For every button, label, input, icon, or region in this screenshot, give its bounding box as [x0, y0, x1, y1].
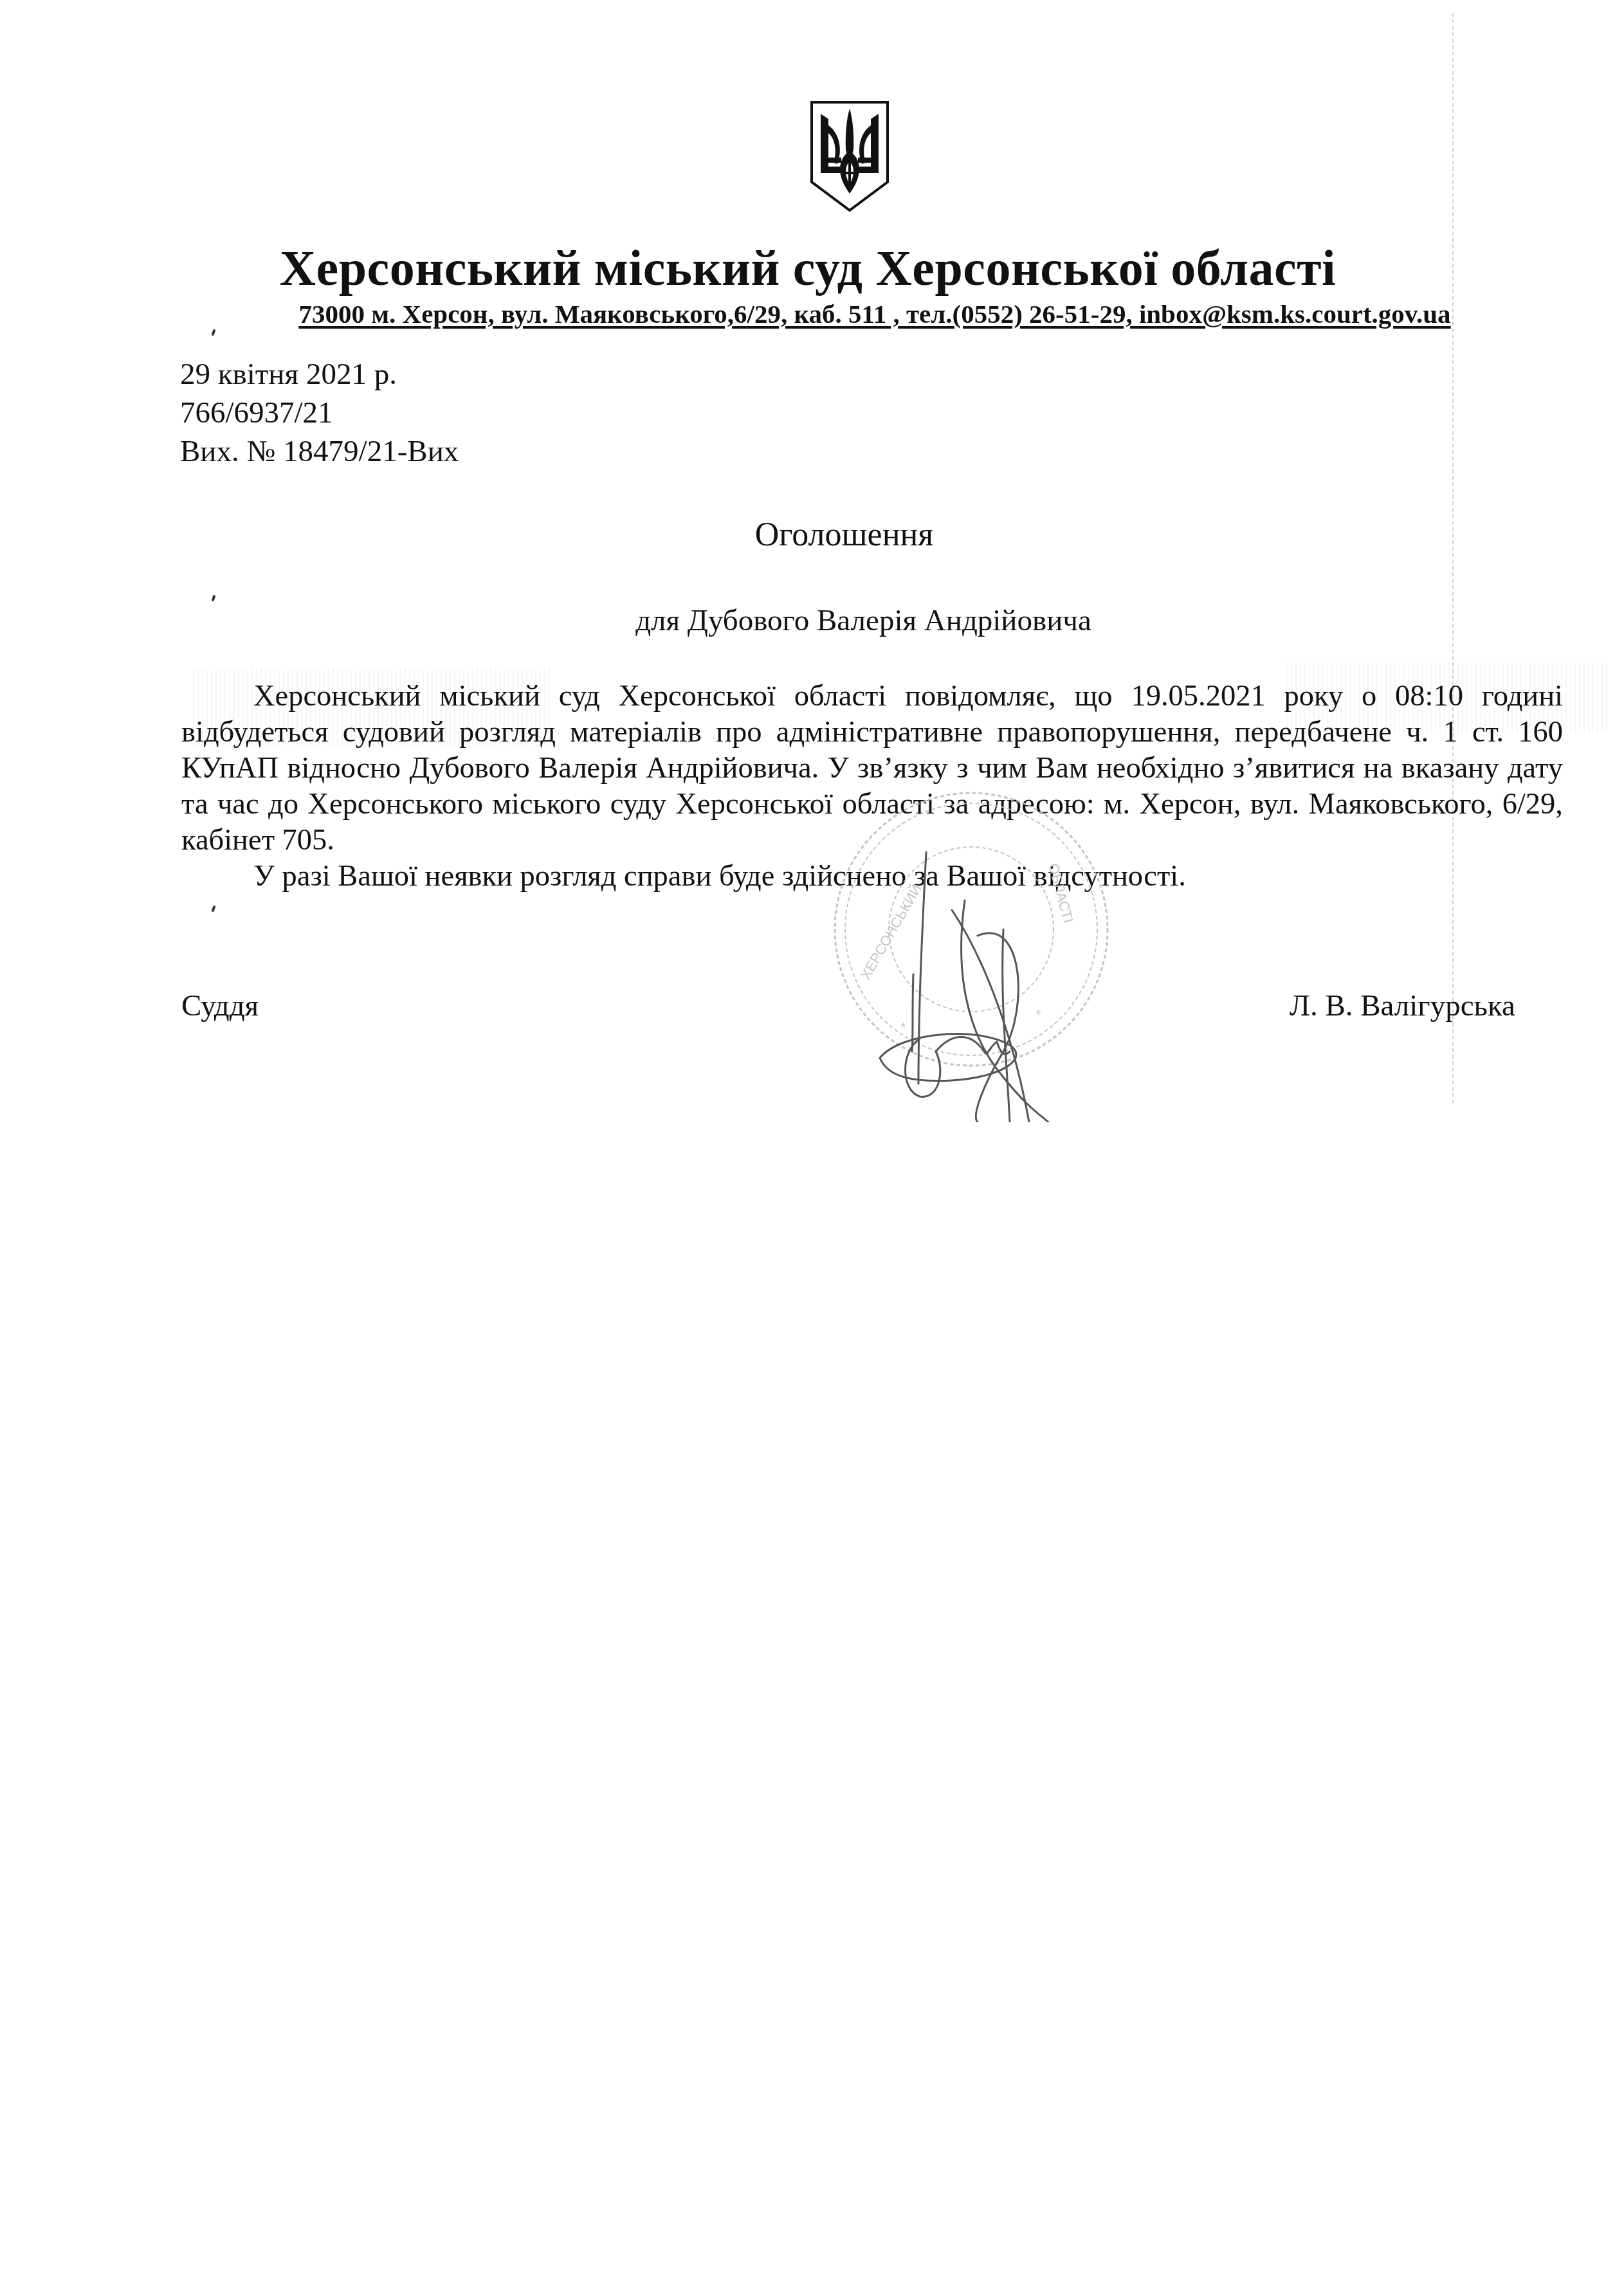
notice-paragraph: Херсонський міський суд Херсонської обла…	[181, 678, 1563, 859]
court-address-line: 73000 м. Херсон, вул. Маяковського,6/29,…	[277, 297, 1473, 331]
scan-mark	[211, 595, 215, 602]
scan-mark	[211, 329, 215, 336]
addressee-line: для Дубового Валерія Андрійовича	[0, 601, 1624, 640]
ukraine-trident-coat-of-arms-icon	[809, 100, 890, 213]
scan-mark	[211, 906, 215, 913]
scan-fold-line	[1452, 13, 1454, 1106]
notice-body: Херсонський міський суд Херсонської обла…	[181, 678, 1563, 895]
outgoing-number: Вих. № 18479/21-Вих	[180, 432, 459, 471]
document-page: Херсонський міський суд Херсонської обла…	[0, 0, 1624, 2276]
svg-text:*: *	[900, 1019, 906, 1035]
signer-role: Суддя	[181, 987, 259, 1025]
svg-text:*: *	[1036, 1006, 1041, 1023]
document-heading: Оголошення	[0, 514, 1624, 556]
case-number: 766/6937/21	[180, 394, 459, 432]
document-date: 29 квітня 2021 р.	[180, 355, 459, 394]
court-name-title: Херсонський міський суд Херсонської обла…	[0, 239, 1383, 297]
signer-name: Л. В. Валігурська	[1290, 987, 1515, 1025]
document-meta: 29 квітня 2021 р. 766/6937/21 Вих. № 184…	[180, 355, 459, 471]
svg-text:ХЕРСОНСЬКИЙ: ХЕРСОНСЬКИЙ	[857, 881, 925, 982]
notice-paragraph: У разі Вашої неявки розгляд справи буде …	[181, 859, 1563, 895]
